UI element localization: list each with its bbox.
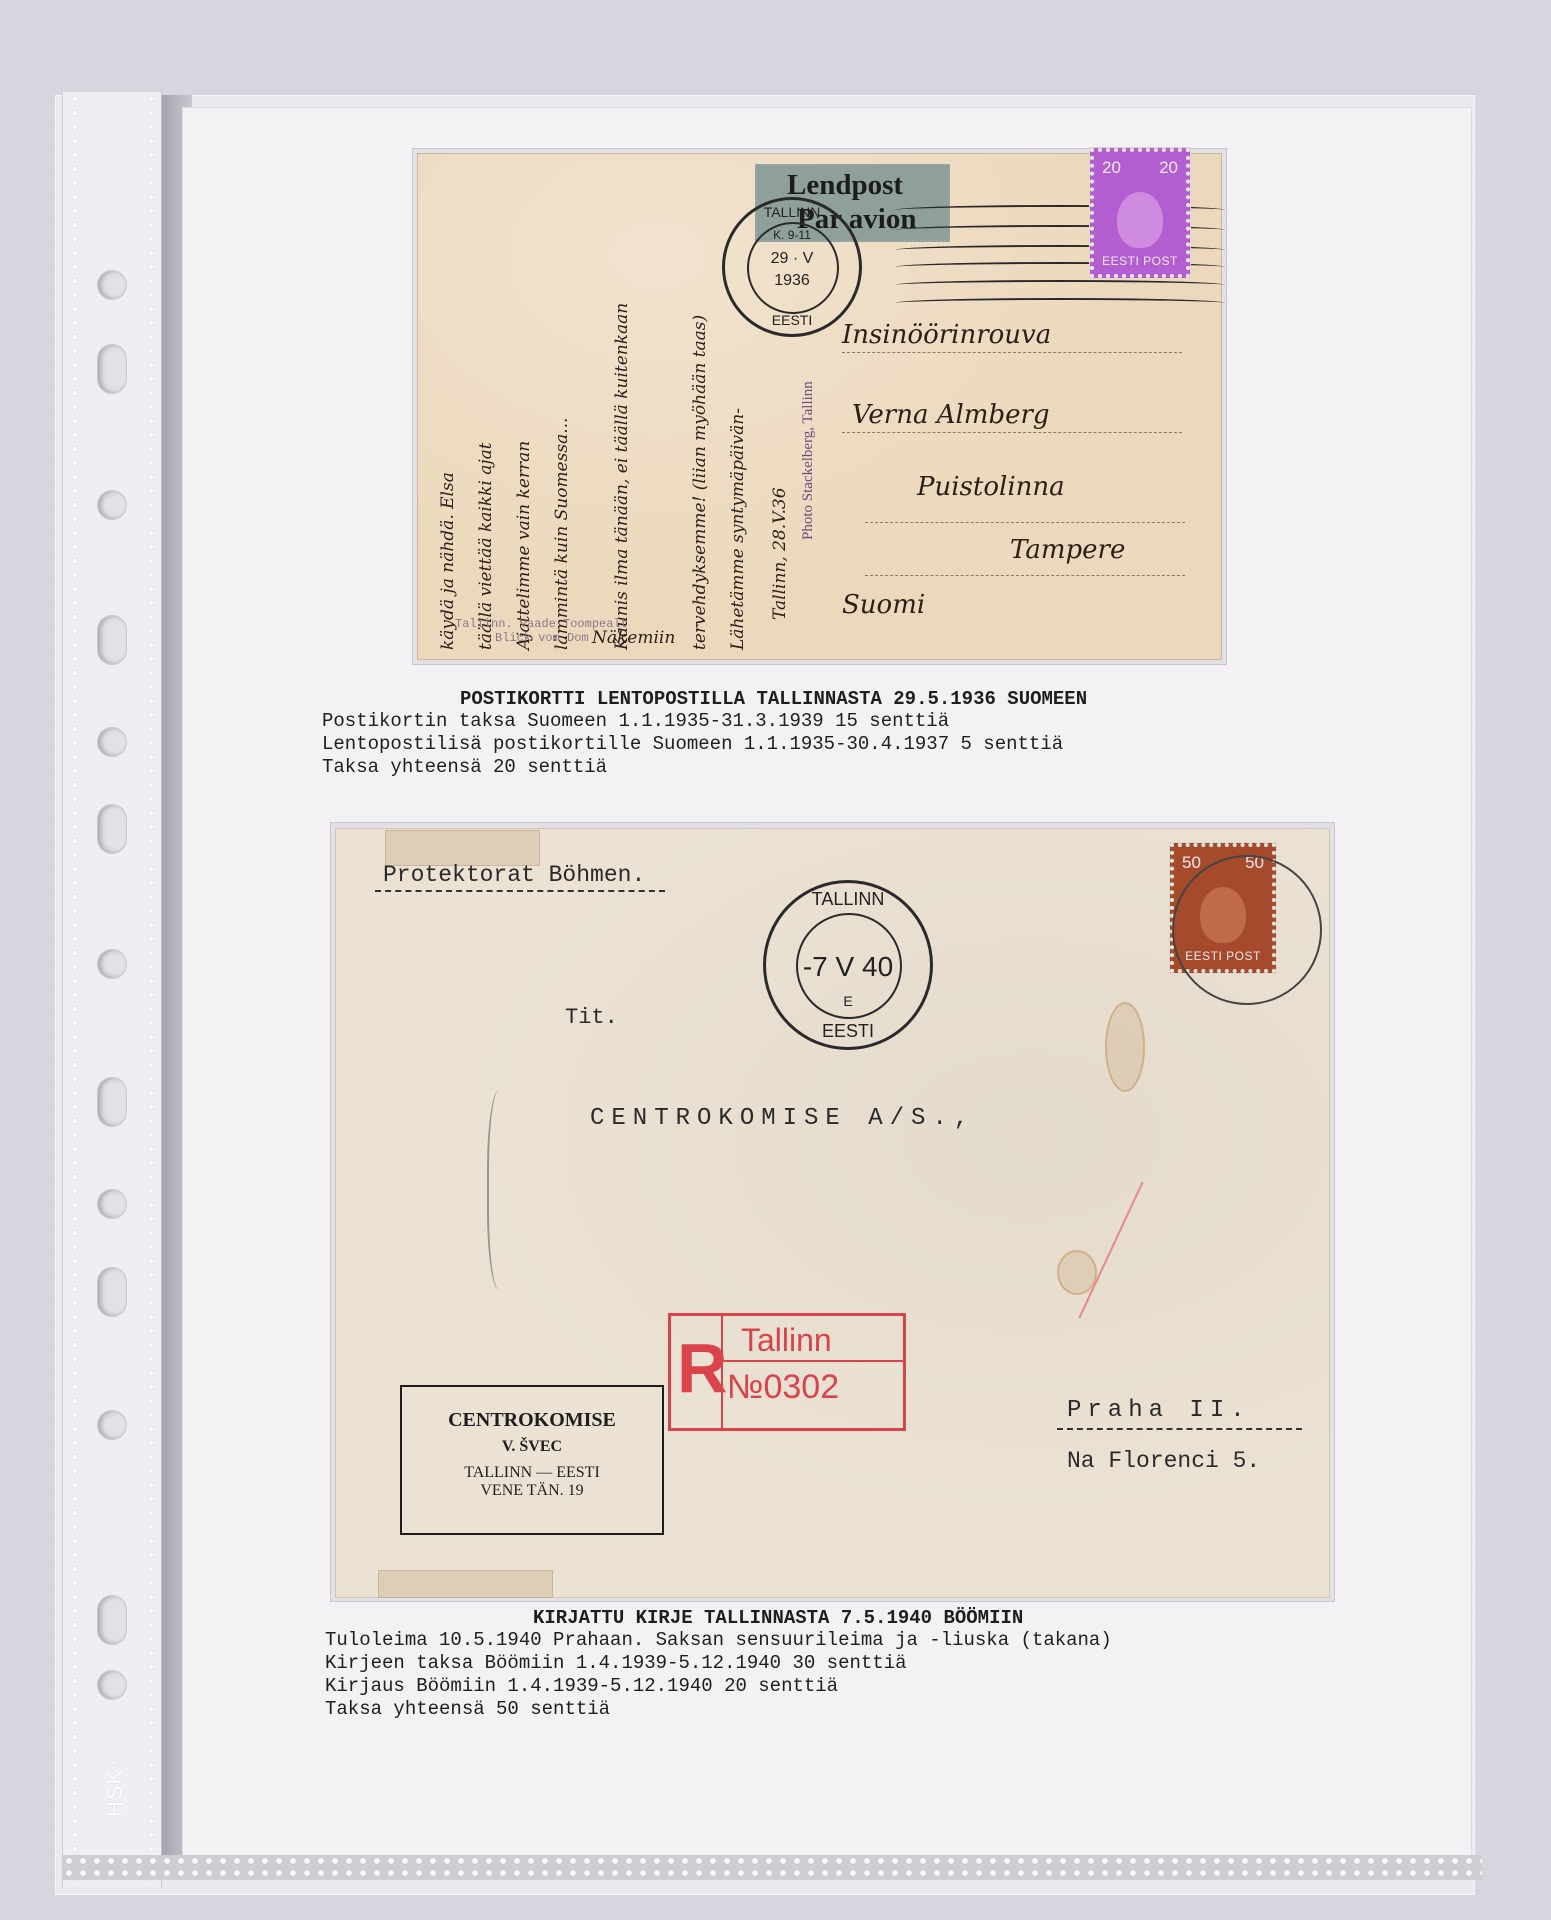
registration-number: №0302: [727, 1368, 839, 1407]
machine-cancel-line: [895, 280, 1225, 290]
perforation-right: [147, 92, 155, 1887]
registration-label: R Tallinn №0302: [668, 1313, 906, 1431]
picture-caption: Tallinn. Vaade Toompealt Blick vom Dom: [455, 617, 628, 645]
header-underline: [375, 890, 665, 892]
message-line: Ajattelimme vain kerran: [514, 230, 534, 650]
stamp-value: 50: [1182, 853, 1201, 873]
airmail-label-line: Lendpost: [787, 168, 948, 202]
postmark-letter: E: [766, 993, 930, 1009]
sender-box: CENTROKOMISE V. ŠVEC TALLINN — EESTI VEN…: [400, 1385, 664, 1535]
address-line: Suomi: [842, 590, 925, 620]
postmark-city: TALLINN: [766, 889, 930, 910]
description-line: Taksa yhteensä 20 senttiä: [322, 756, 1302, 779]
registration-city: Tallinn: [741, 1322, 832, 1359]
stamp-caption: EESTI POST: [1094, 254, 1186, 268]
address-rule: [865, 522, 1185, 523]
description-line: Lentopostilisä postikortille Suomeen 1.1…: [322, 733, 1302, 756]
binder-hole: [97, 270, 127, 300]
stamp-cancel: [1172, 855, 1322, 1005]
postcard-title: POSTIKORTTI LENTOPOSTILLA TALLINNASTA 29…: [400, 688, 1302, 710]
binder-hole: [97, 1595, 127, 1645]
stamp-value: 20: [1159, 158, 1178, 178]
censor-tape: [378, 1570, 553, 1598]
envelope-description: KIRJATTU KIRJE TALLINNASTA 7.5.1940 BÖÖM…: [325, 1607, 1405, 1721]
address-line: Insinöörinrouva: [842, 320, 1051, 350]
stamp-value: 20: [1102, 158, 1121, 178]
sleeve-bottom-edge: [62, 1855, 1482, 1880]
recipient-name: CENTROKOMISE A/S.,: [590, 1105, 975, 1132]
postcard-description: POSTIKORTTI LENTOPOSTILLA TALLINNASTA 29…: [322, 688, 1302, 779]
pencil-mark: [487, 1090, 517, 1290]
sender-name: CENTROKOMISE: [402, 1409, 662, 1432]
message-line: Kaunis ilma tänään, ei täällä kuitenkaan: [612, 230, 632, 650]
address-line: Tampere: [1010, 535, 1125, 565]
registration-rule: [721, 1360, 903, 1362]
envelope-header: Protektorat Böhmen.: [383, 862, 645, 888]
binder-strip: HSK®: [62, 92, 162, 1887]
address-line: Verna Almberg: [852, 400, 1050, 430]
binder-hole: [97, 344, 127, 394]
sleeve-brand: HSK®: [102, 1793, 128, 1817]
description-line: Postikortin taksa Suomeen 1.1.1935-31.3.…: [322, 710, 1302, 733]
salutation: Tit.: [565, 1005, 618, 1030]
sender-person: V. ŠVEC: [402, 1438, 662, 1456]
perforation-left: [71, 92, 79, 1887]
message-date: Tallinn, 28.V.36: [770, 420, 790, 620]
address-rule: [865, 575, 1185, 576]
binder-hole: [97, 949, 127, 979]
binder-hole: [97, 1189, 127, 1219]
postmark-year: 1936: [725, 272, 859, 290]
message-line: tervehdyksemme! (liian myöhään taas): [690, 230, 710, 650]
registration-divider: [721, 1316, 723, 1428]
description-line: Kirjaus Böömiin 1.4.1939-5.12.1940 20 se…: [325, 1675, 1405, 1698]
picture-caption-line: Tallinn. Vaade Toompealt: [455, 617, 628, 631]
recipient-street: Na Florenci 5.: [1067, 1448, 1260, 1474]
city-underline: [1057, 1428, 1302, 1430]
postmark-tallinn-1940: TALLINN -7 V 40 E EESTI: [763, 880, 933, 1050]
binder-hole: [97, 615, 127, 665]
postmark-country: EESTI: [725, 312, 859, 328]
tape-strip: [385, 830, 540, 866]
binder-hole: [97, 1410, 127, 1440]
description-line: Taksa yhteensä 50 senttiä: [325, 1698, 1405, 1721]
description-line: Kirjeen taksa Böömiin 1.4.1939-5.12.1940…: [325, 1652, 1405, 1675]
message-line: täällä viettää kaikki ajat: [476, 230, 496, 650]
postmark-time: K. 9-11: [725, 228, 859, 242]
registration-letter: R: [677, 1328, 728, 1408]
binder-hole: [97, 490, 127, 520]
postmark-city: TALLINN: [725, 204, 859, 220]
binder-hole: [97, 804, 127, 854]
binder-hole: [97, 1267, 127, 1317]
machine-cancel-line: [895, 298, 1225, 308]
portrait-icon: [1117, 192, 1163, 248]
address-rule: [842, 432, 1182, 433]
recipient-city: Praha II.: [1067, 1397, 1251, 1424]
binder-hole: [97, 1670, 127, 1700]
message-line: lämmintä kuin Suomessa...: [552, 230, 572, 650]
sender-street: VENE TÄN. 19: [402, 1482, 662, 1500]
envelope-title: KIRJATTU KIRJE TALLINNASTA 7.5.1940 BÖÖM…: [533, 1607, 1405, 1629]
binder-hole: [97, 1077, 127, 1127]
sender-city: TALLINN — EESTI: [402, 1464, 662, 1482]
message-line: käydä ja nähdä. Elsa: [438, 230, 458, 650]
description-line: Tuloleima 10.5.1940 Prahaan. Saksan sens…: [325, 1629, 1405, 1652]
stamp-20: 20 20 EESTI POST: [1090, 148, 1190, 278]
postmark-tallinn-1936: TALLINN K. 9-11 29 · V 1936 EESTI: [722, 197, 862, 337]
binder-hole: [97, 727, 127, 757]
address-line: Puistolinna: [917, 472, 1065, 502]
address-rule: [842, 352, 1182, 353]
postmark-country: EESTI: [766, 1021, 930, 1042]
picture-caption-line: Blick vom Dom: [455, 631, 628, 645]
postmark-date: 29 · V: [725, 250, 859, 268]
postmark-date: -7 V 40: [766, 951, 930, 983]
stain: [1105, 1002, 1145, 1092]
